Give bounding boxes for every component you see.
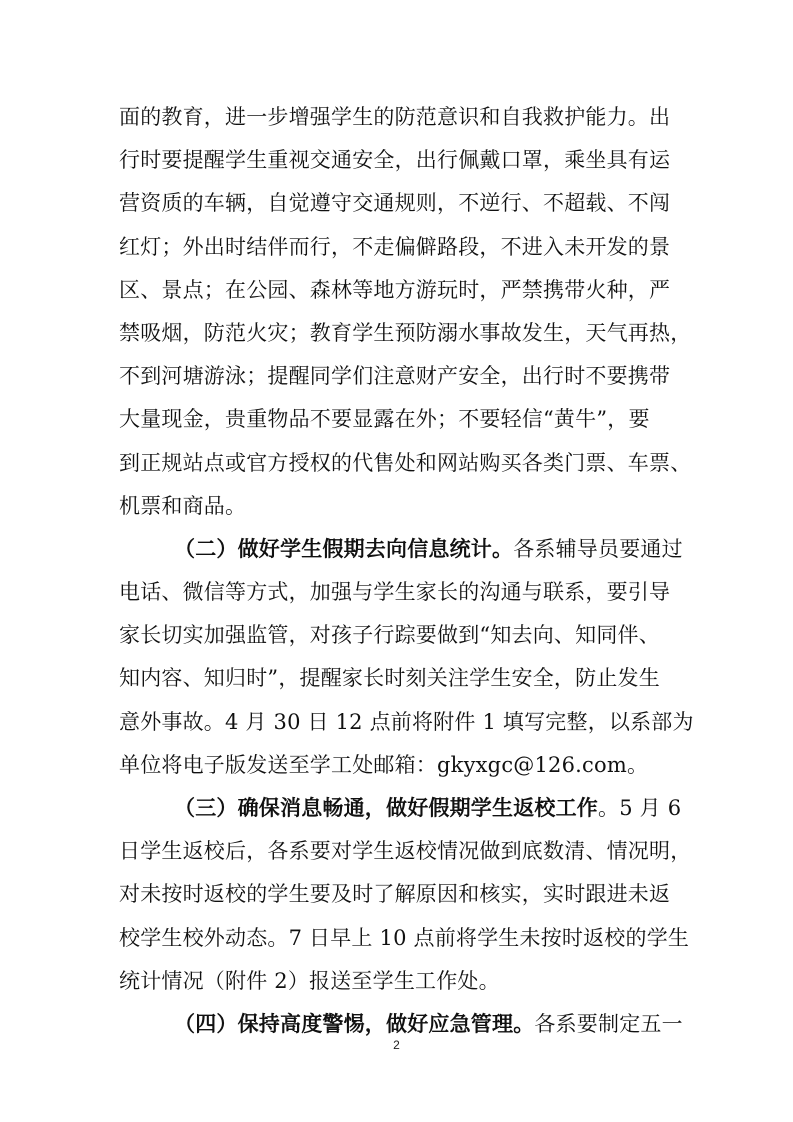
text-line: 校学生校外动态。7 日早上 10 点前将学生未按时返校的学生 [119,917,679,960]
text-line: 单位将电子版发送至学工处邮箱：gkyxgc@126.com。 [119,744,679,787]
text-line: 到正规站点或官方授权的代售处和网站购买各类门票、车票、 [119,442,679,485]
section-heading-line: （三）确保消息畅通，做好假期学生返校工作。5 月 6 [119,787,679,830]
line-text: 统计情况（附件 2）报送至学生工作处。 [119,969,500,993]
text-line: 区、景点；在公园、森林等地方游玩时，严禁携带火种，严 [119,269,679,312]
line-text: 面的教育，进一步增强学生的防范意识和自我救护能力。出 [119,105,670,129]
line-text: 日学生返校后，各系要对学生返校情况做到底数清、情况明， [119,839,691,863]
section-heading-line: （二）做好学生假期去向信息统计。各系辅导员要通过 [119,528,679,571]
text-line: 统计情况（附件 2）报送至学生工作处。 [119,960,679,1003]
line-text: 电话、微信等方式，加强与学生家长的沟通与联系，要引导 [119,580,670,604]
line-text: 到正规站点或官方授权的代售处和网站购买各类门票、车票、 [119,451,691,475]
text-line: 家长切实加强监管，对孩子行踪要做到“知去向、知同伴、 [119,614,679,657]
line-text: 对未按时返校的学生要及时了解原因和核实，实时跟进未返 [119,882,670,906]
line-text: 各系辅导员要通过 [513,537,683,561]
text-line: 面的教育，进一步增强学生的防范意识和自我救护能力。出 [119,96,679,139]
line-text: 知内容、知归时”，提醒家长时刻关注学生安全，防止发生 [119,666,660,690]
text-line: 电话、微信等方式，加强与学生家长的沟通与联系，要引导 [119,571,679,614]
line-text: 意外事故。4 月 30 日 12 点前将附件 1 填写完整，以系部为 [119,710,694,734]
line-text: 各系要制定五一 [534,1012,682,1036]
document-page: 面的教育，进一步增强学生的防范意识和自我救护能力。出 行时要提醒学生重视交通安全… [0,0,793,1122]
line-text: 。5 月 6 [598,796,681,820]
text-line: 禁吸烟，防范火灾；教育学生预防溺水事故发生，天气再热， [119,312,679,355]
text-line: 红灯；外出时结伴而行，不走偏僻路段，不进入未开发的景 [119,226,679,269]
line-text: 营资质的车辆，自觉遵守交通规则，不逆行、不超载、不闯 [119,191,670,215]
text-line: 行时要提醒学生重视交通安全，出行佩戴口罩，乘坐具有运 [119,139,679,182]
line-text: 大量现金，贵重物品不要显露在外；不要轻信“黄牛”，要 [119,407,650,431]
line-text: 单位将电子版发送至学工处邮箱：gkyxgc@126.com。 [119,753,648,777]
text-line: 机票和商品。 [119,485,679,528]
text-line: 对未按时返校的学生要及时了解原因和核实，实时跟进未返 [119,873,679,916]
text-line: 意外事故。4 月 30 日 12 点前将附件 1 填写完整，以系部为 [119,701,679,744]
line-text: 不到河塘游泳；提醒同学们注意财产安全，出行时不要携带 [119,364,670,388]
line-text: 机票和商品。 [119,494,246,518]
text-line: 不到河塘游泳；提醒同学们注意财产安全，出行时不要携带 [119,355,679,398]
line-text: 红灯；外出时结伴而行，不走偏僻路段，不进入未开发的景 [119,235,670,259]
line-text: 区、景点；在公园、森林等地方游玩时，严禁携带火种，严 [119,278,670,302]
page-number: 2 [0,1038,793,1052]
line-text: 行时要提醒学生重视交通安全，出行佩戴口罩，乘坐具有运 [119,148,670,172]
text-line: 大量现金，贵重物品不要显露在外；不要轻信“黄牛”，要 [119,398,679,441]
section-heading: （三）确保消息畅通，做好假期学生返校工作 [174,796,598,820]
text-line: 日学生返校后，各系要对学生返校情况做到底数清、情况明， [119,830,679,873]
line-text: 家长切实加强监管，对孩子行踪要做到“知去向、知同伴、 [119,623,660,647]
text-line: 知内容、知归时”，提醒家长时刻关注学生安全，防止发生 [119,657,679,700]
section-heading: （四）保持高度警惕，做好应急管理。 [174,1012,534,1036]
line-text: 禁吸烟，防范火灾；教育学生预防溺水事故发生，天气再热， [119,321,691,345]
body-text: 面的教育，进一步增强学生的防范意识和自我救护能力。出 行时要提醒学生重视交通安全… [119,96,679,1046]
section-heading: （二）做好学生假期去向信息统计。 [174,537,513,561]
text-line: 营资质的车辆，自觉遵守交通规则，不逆行、不超载、不闯 [119,182,679,225]
line-text: 校学生校外动态。7 日早上 10 点前将学生未按时返校的学生 [119,926,689,950]
